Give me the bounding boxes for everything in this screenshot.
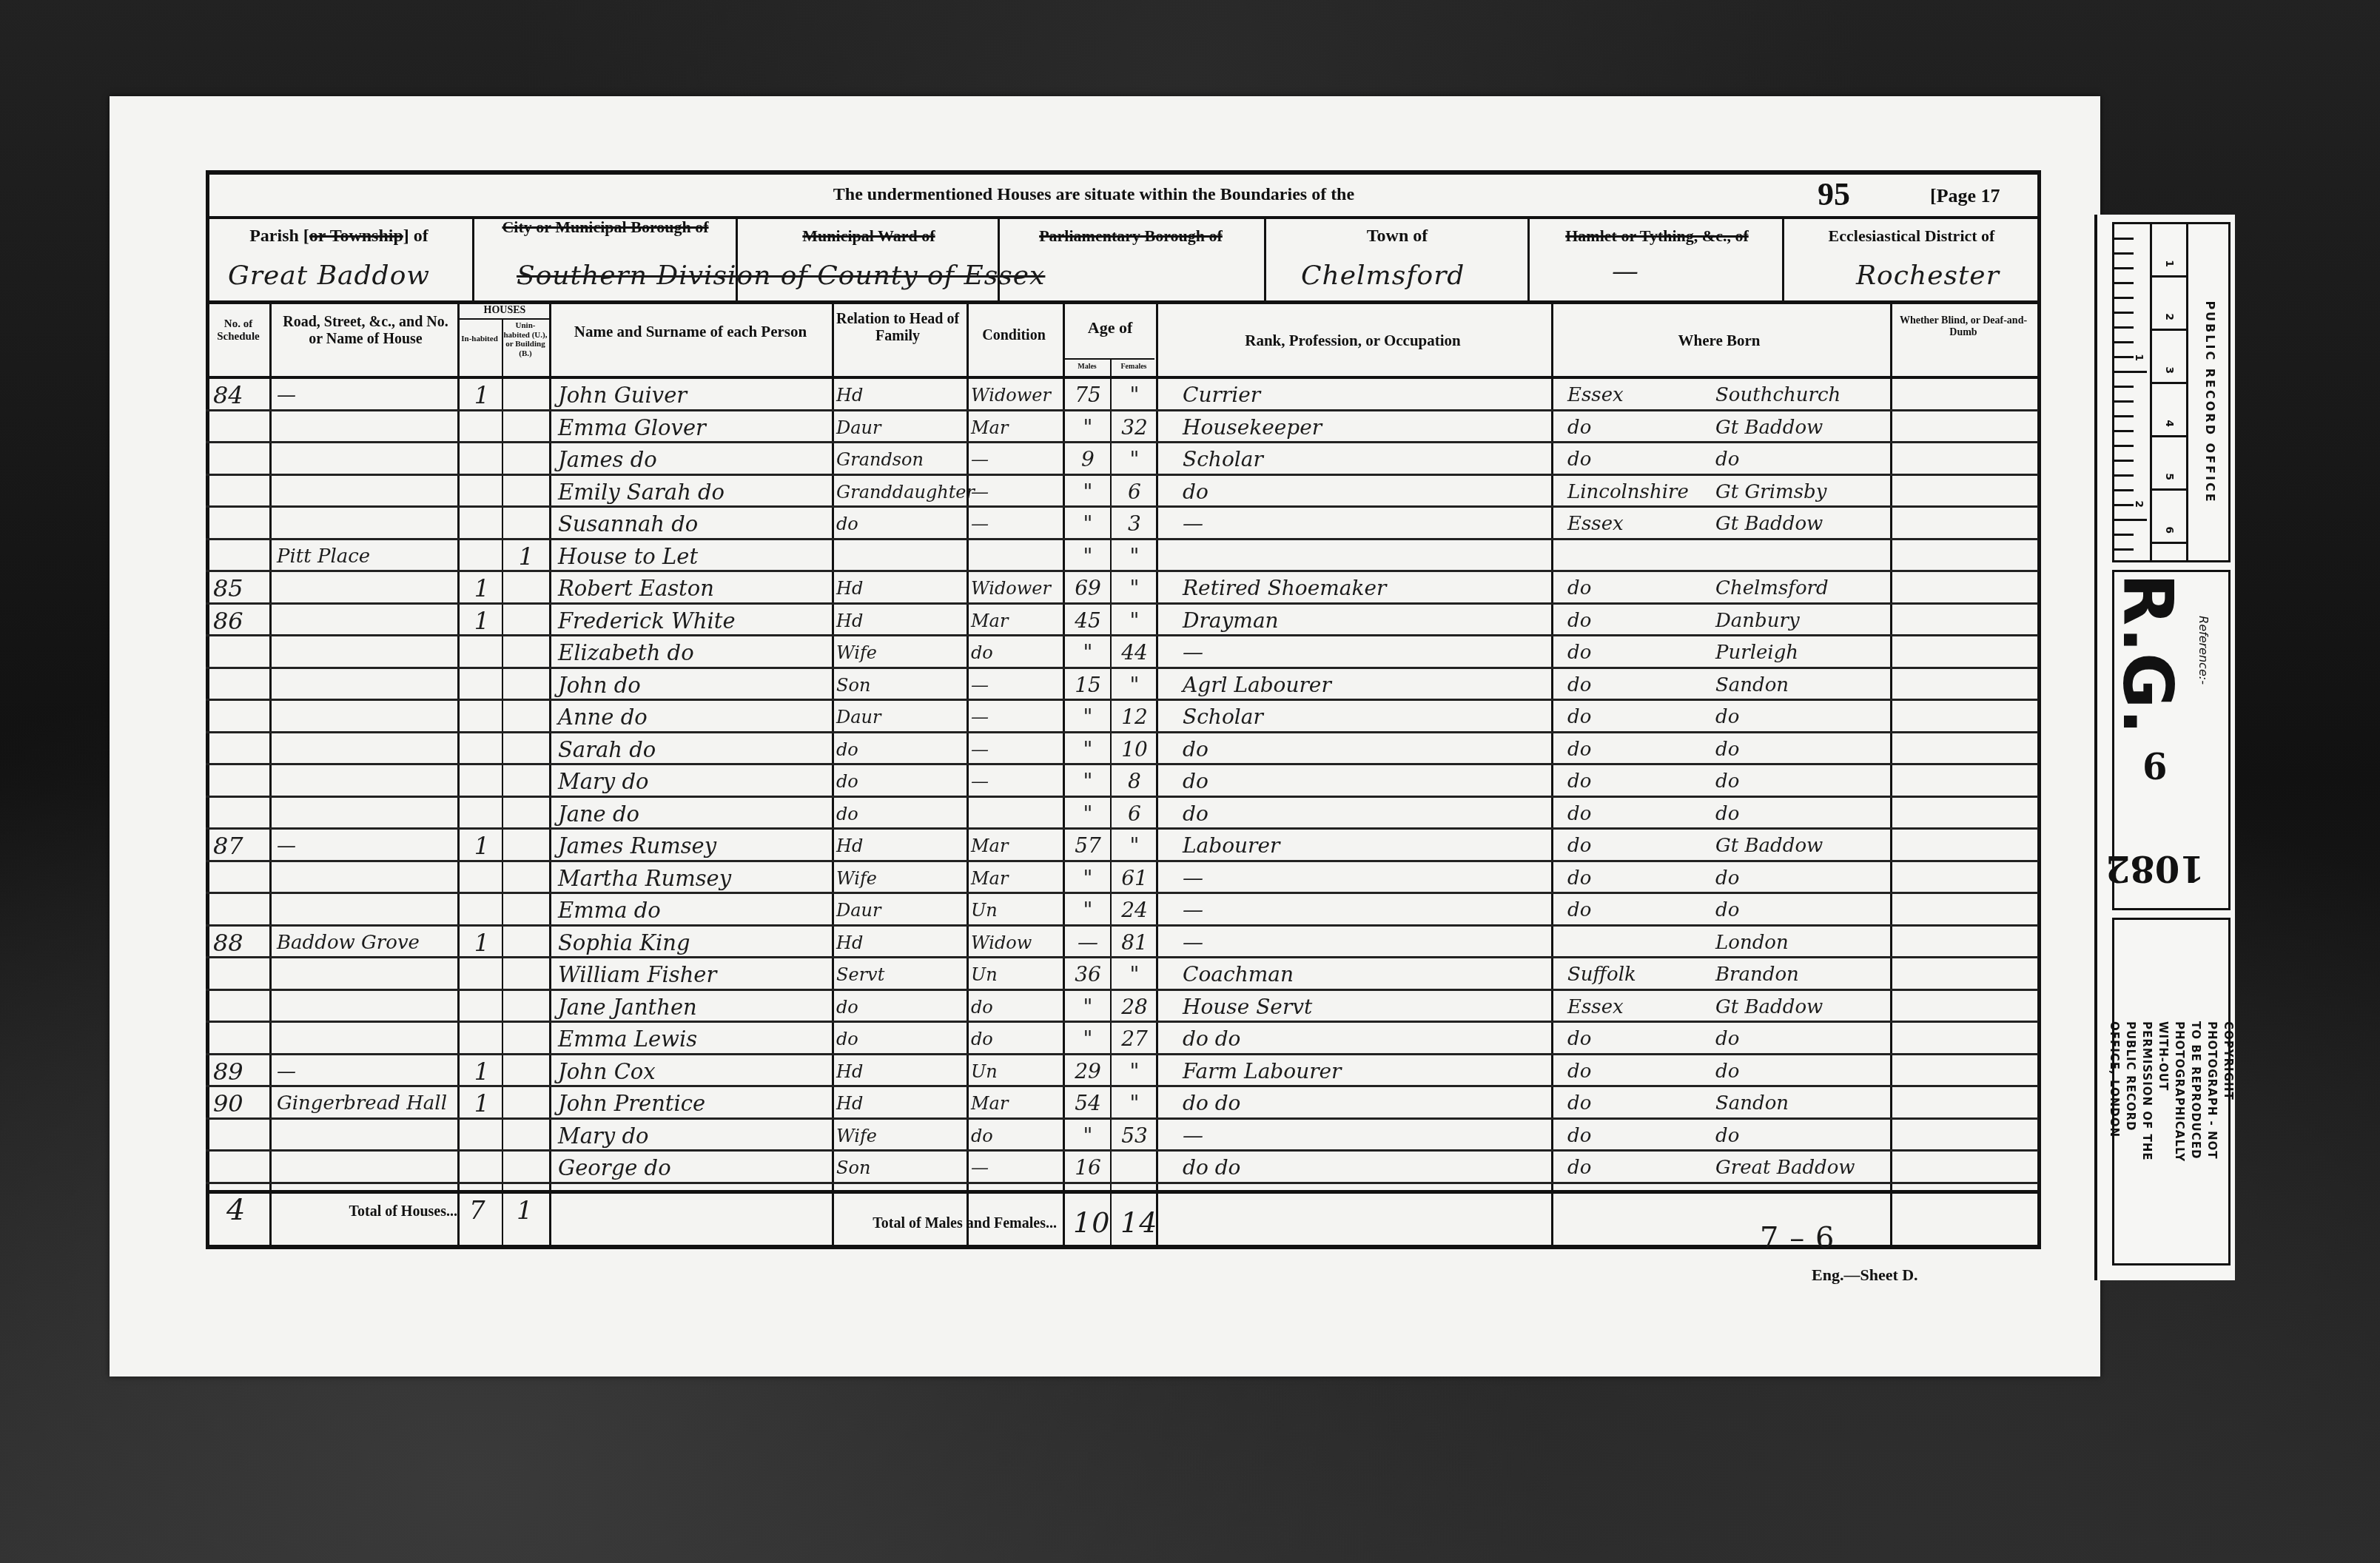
col-divider (967, 303, 969, 1247)
ruler-tick (2114, 386, 2134, 388)
cell-born-county: do (1567, 895, 1708, 925)
col-divider (1156, 303, 1158, 1247)
cell-occupation: Drayman (1183, 606, 1553, 636)
cm-label: 1 (2163, 260, 2175, 267)
cm-label: 4 (2163, 420, 2175, 427)
row-rule (206, 699, 2038, 701)
cell-name: Emma Lewis (558, 1024, 832, 1054)
cell-name: Susannah do (558, 509, 832, 539)
cm-mark: 4 (2152, 384, 2186, 437)
col-occupation: Rank, Profession, or Occupation (1160, 332, 1545, 349)
col-inhabited: In-habited (459, 335, 500, 344)
cell-condition: Mar (971, 606, 1063, 636)
cell-name: John Prentice (558, 1089, 832, 1118)
ruler-tick (2114, 312, 2134, 314)
cell-name: Mary do (558, 1121, 832, 1151)
cell-female: 10 (1113, 735, 1156, 764)
cell-inh: 1 (465, 606, 499, 636)
cell-occupation: — (1183, 1121, 1553, 1151)
cell-born-place: Sandon (1715, 1089, 1890, 1118)
total-inhabited: 7 (469, 1196, 486, 1226)
cell-road: — (277, 380, 454, 410)
col-divider (549, 303, 551, 1247)
cell-female: 61 (1113, 864, 1156, 893)
row-rule (206, 924, 2038, 927)
header-parish: Parish [or Township] of (213, 226, 465, 247)
cell-condition: — (971, 509, 1063, 539)
row-rule (206, 989, 2038, 991)
reference-label: Reference:- (2188, 587, 2218, 713)
cell-female: " (1113, 670, 1156, 700)
cell-inh: 1 (465, 928, 499, 958)
town-value: Chelmsford (1301, 260, 1465, 291)
office-text: PUBLIC RECORD OFFICE (2203, 300, 2217, 503)
cell-condition: do (971, 1121, 1063, 1151)
cell-male: " (1066, 895, 1110, 925)
cell-male: " (1066, 767, 1110, 796)
col-divider (1063, 303, 1065, 1247)
cell-condition: Mar (971, 1089, 1063, 1118)
cell-male: " (1066, 799, 1110, 829)
cell-occupation: — (1183, 864, 1553, 893)
age-subrule (1064, 358, 1154, 360)
row-rule (206, 956, 2038, 958)
cell-inh: 1 (465, 380, 499, 410)
piece-text: 1082 (2105, 847, 2205, 889)
cm-mark: 2 (2152, 278, 2186, 331)
cm-mark: 3 (2152, 331, 2186, 384)
header-ecclesiastical: Ecclesiastical District of (1789, 226, 2034, 245)
cell-male: " (1066, 542, 1110, 571)
cell-name: Martha Rumsey (558, 864, 832, 893)
row-rule (206, 1053, 2038, 1055)
cell-female: 28 (1113, 992, 1156, 1022)
cell-occupation: Scholar (1183, 702, 1553, 732)
cell-uninh: 1 (505, 542, 548, 571)
ruler-tick (2114, 445, 2134, 447)
cell-female: 32 (1113, 413, 1156, 443)
cell-name: Frederick White (558, 606, 832, 636)
header-parliamentary: Parliamentary Borough of (1005, 226, 1257, 245)
row-rule (206, 763, 2038, 765)
cell-relation: Hd (836, 380, 967, 410)
inch-label: 1 (2133, 354, 2145, 361)
cell-condition: Mar (971, 831, 1063, 861)
cell-occupation: Agrl Labourer (1183, 670, 1553, 700)
cell-name: Emma Glover (558, 413, 832, 443)
cell-female: 53 (1113, 1121, 1156, 1151)
cell-inh: 1 (465, 574, 499, 603)
houses-subrule (459, 318, 549, 320)
cell-born-place: Gt Baddow (1715, 509, 1890, 539)
cell-occupation: House Servt (1183, 992, 1553, 1022)
cell-name: John Guiver (558, 380, 832, 410)
cell-male: " (1066, 638, 1110, 668)
cell-male: 69 (1066, 574, 1110, 603)
cell-born-county: Suffolk (1567, 960, 1708, 989)
cell-schedule: 85 (213, 574, 268, 603)
cell-female: " (1113, 606, 1156, 636)
cell-born-county: do (1567, 606, 1708, 636)
col-condition: Condition (968, 327, 1060, 344)
cell-name: George do (558, 1153, 832, 1183)
divider (1264, 216, 1266, 303)
cell-name: Jane do (558, 799, 832, 829)
ruler-tick (2114, 534, 2134, 536)
cell-male: — (1066, 928, 1110, 958)
inch-label: 2 (2133, 500, 2145, 508)
ecclesiastical-value: Rochester (1856, 260, 2000, 291)
cell-female: " (1113, 380, 1156, 410)
header-ward: Municipal Ward of (743, 226, 995, 245)
ruler-tick (2114, 504, 2134, 506)
cell-female: 81 (1113, 928, 1156, 958)
cell-born-place: do (1715, 799, 1890, 829)
cell-inh: 1 (465, 1089, 499, 1118)
cell-name: William Fisher (558, 960, 832, 989)
folio-number: 95 (1804, 176, 1863, 214)
col-uninhabited: Unin-habited (U.), or Building (B.) (503, 321, 548, 359)
cell-male: 16 (1066, 1153, 1110, 1183)
cell-condition: — (971, 477, 1063, 507)
cell-relation: do (836, 509, 967, 539)
reference-box: R.G. Reference:- 9 1082 (2112, 570, 2231, 910)
total-schedules: 4 (226, 1193, 246, 1227)
cell-condition: Mar (971, 413, 1063, 443)
column-header-rule (206, 376, 2041, 379)
scale-ruler: 1 2 123456 PUBLIC RECORD OFFICE (2112, 222, 2231, 562)
row-rule (206, 1117, 2038, 1120)
ruler-tick (2114, 548, 2134, 551)
cell-female: 6 (1113, 477, 1156, 507)
ruler-tick (2114, 238, 2134, 240)
frame-top (206, 170, 2041, 175)
cell-female: " (1113, 542, 1156, 571)
cell-schedule: 84 (213, 380, 268, 410)
cell-born-place: Purleigh (1715, 638, 1890, 668)
cell-born-place: do (1715, 702, 1890, 732)
parish-value: Great Baddow (228, 260, 430, 291)
cell-born-place: Great Baddow (1715, 1153, 1890, 1183)
cell-born-place: do (1715, 864, 1890, 893)
cell-female: 8 (1113, 767, 1156, 796)
cell-male: 54 (1066, 1089, 1110, 1118)
cell-name: Elizabeth do (558, 638, 832, 668)
cell-female: " (1113, 831, 1156, 861)
cell-schedule: 90 (213, 1089, 268, 1118)
cell-male: 57 (1066, 831, 1110, 861)
cm-label: 2 (2163, 313, 2175, 320)
row-rule (206, 538, 2038, 540)
cm-mark: 5 (2152, 437, 2186, 491)
row-rule (206, 827, 2038, 830)
cell-road: Baddow Grove (277, 928, 454, 958)
row-rule (206, 1182, 2038, 1184)
cell-relation: Granddaughter (836, 477, 967, 507)
cell-born-place: do (1715, 895, 1890, 925)
cell-relation: Hd (836, 1089, 967, 1118)
cell-name: Jane Janthen (558, 992, 832, 1022)
cell-male: " (1066, 1121, 1110, 1151)
ruler-tick (2114, 252, 2134, 255)
cm-label: 3 (2163, 366, 2175, 374)
cell-condition: Un (971, 960, 1063, 989)
series-text: R.G. (2108, 573, 2188, 734)
cell-occupation: Coachman (1183, 960, 1553, 989)
cell-occupation: Labourer (1183, 831, 1553, 861)
cell-female: 3 (1113, 509, 1156, 539)
census-form: The undermentioned Houses are situate wi… (206, 170, 2041, 1325)
cell-relation: Daur (836, 413, 967, 443)
frame-right (2037, 170, 2041, 1249)
cell-female: " (1113, 574, 1156, 603)
row-rule (206, 441, 2038, 443)
col-disability: Whether Blind, or Deaf-and-Dumb (1893, 315, 2034, 339)
row-rule (206, 505, 2038, 508)
cell-relation: do (836, 735, 967, 764)
cell-relation: Daur (836, 702, 967, 732)
cell-female: " (1113, 1057, 1156, 1086)
cell-relation: Grandson (836, 445, 967, 474)
cell-born-county: do (1567, 702, 1708, 732)
cell-born-place: Danbury (1715, 606, 1890, 636)
divider (472, 216, 474, 303)
col-females: Females (1112, 363, 1156, 372)
cell-born-county: do (1567, 735, 1708, 764)
cell-condition: do (971, 638, 1063, 668)
cell-condition: — (971, 670, 1063, 700)
cell-condition: Mar (971, 864, 1063, 893)
row-rule (206, 1085, 2038, 1087)
cell-born-place: do (1715, 1057, 1890, 1086)
cell-relation: do (836, 767, 967, 796)
cell-condition: Un (971, 895, 1063, 925)
row-rule (206, 409, 2038, 411)
boundaries-banner: The undermentioned Houses are situate wi… (724, 185, 1464, 206)
cm-label: 6 (2163, 526, 2175, 534)
hamlet-value: — (1612, 256, 1639, 286)
cell-condition: — (971, 445, 1063, 474)
cell-born-county: do (1567, 767, 1708, 796)
cell-born-place: Southchurch (1715, 380, 1890, 410)
cell-occupation: — (1183, 895, 1553, 925)
row-rule (206, 570, 2038, 572)
cell-female: 27 (1113, 1024, 1156, 1054)
col-road: Road, Street, &c., and No. or Name of Ho… (277, 314, 454, 348)
cell-condition: do (971, 1024, 1063, 1054)
cell-occupation: do (1183, 799, 1553, 829)
cell-born-county: do (1567, 445, 1708, 474)
cell-schedule: 88 (213, 928, 268, 958)
cell-relation: Hd (836, 606, 967, 636)
cell-condition: Widower (971, 380, 1063, 410)
cell-born-place: Chelmsford (1715, 574, 1890, 603)
cell-female: 44 (1113, 638, 1156, 668)
cm-mark: 1 (2152, 224, 2186, 278)
cell-name: Robert Easton (558, 574, 832, 603)
cell-male: " (1066, 992, 1110, 1022)
cell-relation: do (836, 992, 967, 1022)
cell-name: Emma do (558, 895, 832, 925)
cell-occupation: — (1183, 509, 1553, 539)
row-rule (206, 860, 2038, 862)
cell-male: " (1066, 735, 1110, 764)
cm-label: 5 (2163, 473, 2175, 480)
cell-born-place: Sandon (1715, 670, 1890, 700)
cell-name: Anne do (558, 702, 832, 732)
cell-born-place: Gt Grimsby (1715, 477, 1890, 507)
row-rule (206, 796, 2038, 798)
copyright-text: COPYRIGHT PHOTOGRAPH - NOT TO BE REPRODU… (2106, 1021, 2236, 1162)
cell-occupation: do do (1183, 1024, 1553, 1054)
col-born: Where Born (1553, 332, 1886, 349)
ruler-tick (2114, 356, 2134, 358)
cell-male: 36 (1066, 960, 1110, 989)
cell-born-place: do (1715, 767, 1890, 796)
cell-born-county: do (1567, 413, 1708, 443)
row-rule (206, 667, 2038, 669)
cell-female: " (1113, 1089, 1156, 1118)
cell-relation: Wife (836, 864, 967, 893)
cell-male: " (1066, 702, 1110, 732)
cell-name: James Rumsey (558, 831, 832, 861)
cell-schedule: 86 (213, 606, 268, 636)
cell-relation: do (836, 799, 967, 829)
cell-male: 15 (1066, 670, 1110, 700)
cell-male: 9 (1066, 445, 1110, 474)
cell-born-place: Brandon (1715, 960, 1890, 989)
cell-relation: Hd (836, 574, 967, 603)
row-rule (206, 1149, 2038, 1152)
col-relation: Relation to Head of Family (835, 311, 961, 345)
cell-born-county: Essex (1567, 380, 1708, 410)
cell-occupation: Farm Labourer (1183, 1057, 1553, 1086)
series-code: R.G. (2114, 579, 2181, 727)
cell-name: Mary do (558, 767, 832, 796)
ruler-tick (2114, 400, 2134, 403)
cell-name: Sarah do (558, 735, 832, 764)
ruler-tick (2114, 519, 2147, 521)
cell-born-place: do (1715, 1024, 1890, 1054)
cell-born-place: Gt Baddow (1715, 413, 1890, 443)
division-value: Southern Division of County of Essex (517, 260, 1045, 291)
row-rule (206, 602, 2038, 605)
cell-born-county: Essex (1567, 509, 1708, 539)
cell-born-place: do (1715, 1121, 1890, 1151)
header-hamlet: Hamlet or Tything, &c., of (1535, 226, 1779, 245)
cell-occupation: do do (1183, 1153, 1553, 1183)
col-divider (457, 303, 460, 1247)
office-label: PUBLIC RECORD OFFICE (2191, 283, 2228, 520)
cell-name: John Cox (558, 1057, 832, 1086)
ruler-tick (2114, 341, 2134, 343)
cell-relation: Son (836, 1153, 967, 1183)
col-divider (1110, 358, 1112, 1246)
reference-card: 1 2 123456 PUBLIC RECORD OFFICE R.G. Ref… (2094, 215, 2235, 1280)
cell-relation: Wife (836, 1121, 967, 1151)
divider (1527, 216, 1530, 303)
cell-condition: do (971, 992, 1063, 1022)
col-schedule: No. of Schedule (209, 318, 268, 344)
cell-born-place: Gt Baddow (1715, 992, 1890, 1022)
cell-condition: Widow (971, 928, 1063, 958)
header-borough: City or Municipal Borough of (480, 218, 731, 236)
header-town: Town of (1271, 226, 1523, 247)
cell-male: " (1066, 509, 1110, 539)
sheet-label: Eng.—Sheet D. (1812, 1265, 1918, 1285)
row-rule (206, 634, 2038, 636)
cell-occupation: Retired Shoemaker (1183, 574, 1553, 603)
cell-born-county: do (1567, 799, 1708, 829)
total-uninhabited: 1 (517, 1196, 534, 1226)
col-age: Age of (1064, 318, 1156, 337)
cm-scale: 123456 (2150, 224, 2188, 560)
cell-road: — (277, 1057, 454, 1086)
ruler-tick (2114, 474, 2134, 477)
cell-condition: — (971, 1153, 1063, 1183)
cell-name: House to Let (558, 542, 832, 571)
cell-female: " (1113, 960, 1156, 989)
class-text: 9 (2142, 744, 2167, 785)
cell-occupation: do (1183, 735, 1553, 764)
cell-condition: Un (971, 1057, 1063, 1086)
cell-born-place: Gt Baddow (1715, 831, 1890, 861)
piece-number: 9 1082 (2122, 764, 2188, 905)
cell-condition: Widower (971, 574, 1063, 603)
inch-scale (2114, 224, 2150, 560)
cell-road: Gingerbread Hall (277, 1089, 454, 1118)
cell-female: 6 (1113, 799, 1156, 829)
cell-occupation: do do (1183, 1089, 1553, 1118)
cell-male: " (1066, 477, 1110, 507)
cell-name: John do (558, 670, 832, 700)
reference-text: Reference:- (2196, 616, 2211, 685)
cell-occupation: — (1183, 638, 1553, 668)
cell-occupation: Scholar (1183, 445, 1553, 474)
total-persons-label: Total of Males and Females... (813, 1215, 1057, 1232)
cell-born-county: do (1567, 670, 1708, 700)
cell-occupation: do (1183, 477, 1553, 507)
col-name: Name and Surname of each Person (554, 323, 827, 340)
ruler-tick (2114, 297, 2134, 299)
ruler-tick (2114, 489, 2134, 491)
cell-born-county: do (1567, 1121, 1708, 1151)
cell-condition: — (971, 767, 1063, 796)
page-number: [Page 17 (1930, 185, 2026, 207)
cell-female: " (1113, 445, 1156, 474)
cell-inh: 1 (465, 831, 499, 861)
ruler-tick (2114, 415, 2134, 417)
cell-condition: — (971, 702, 1063, 732)
cell-schedule: 89 (213, 1057, 268, 1086)
cell-male: 29 (1066, 1057, 1110, 1086)
cell-male: 75 (1066, 380, 1110, 410)
col-divider (502, 318, 503, 1247)
row-rule (206, 1021, 2038, 1023)
row-rule (206, 474, 2038, 476)
cell-relation: Servt (836, 960, 967, 989)
cell-relation: do (836, 1024, 967, 1054)
col-divider (832, 303, 834, 1247)
divider (1782, 216, 1784, 303)
total-houses-label: Total of Houses... (295, 1203, 457, 1220)
ruler-tick (2114, 267, 2134, 269)
col-males: Males (1064, 363, 1110, 372)
ruler-tick (2114, 326, 2134, 329)
ruler-tick (2114, 460, 2134, 462)
header-rule (206, 300, 2041, 304)
cell-name: James do (558, 445, 832, 474)
